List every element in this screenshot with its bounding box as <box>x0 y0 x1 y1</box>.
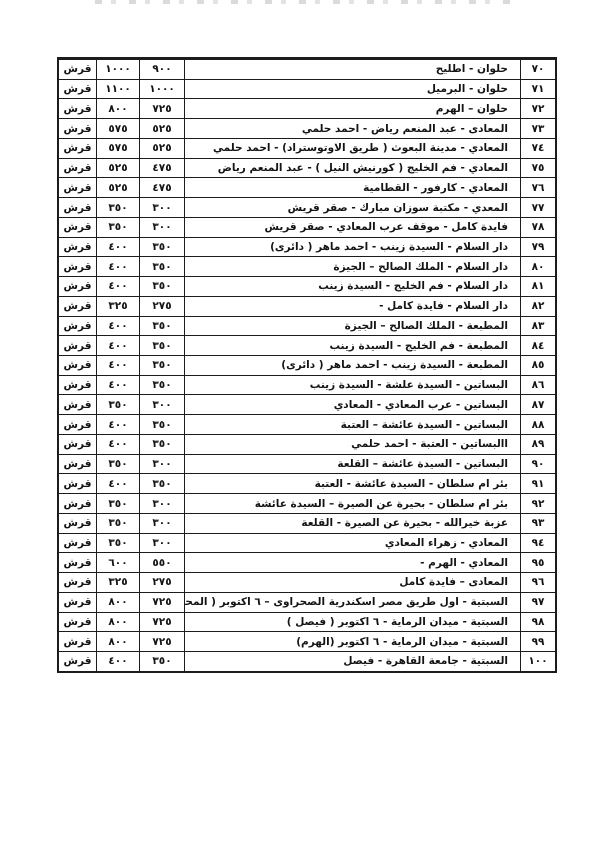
cut-off-text-remnant <box>95 0 510 4</box>
table-row: ٨٠ دار السلام - الملك الصالح – الجيزة ٣٥… <box>59 256 555 276</box>
table-row: ٨١ دار السلام - فم الخليج - السيدة زينب … <box>59 276 555 296</box>
route-description: المعادي - كارفور - القطامية <box>184 178 520 197</box>
fare-value-1: ٢٧٥ <box>139 297 184 316</box>
route-description: البساتين - السيدة علشة - السيدة زينب <box>184 376 520 395</box>
route-description: المعادى - عبد المنعم رياض - احمد حلمي <box>184 119 520 138</box>
fare-value-1: ٣٠٠ <box>139 218 184 237</box>
table-row: ٧٥ المعادي - فم الخليج ( كورنيش النيل ) … <box>59 158 555 178</box>
fare-value-1: ٥٥٠ <box>139 553 184 572</box>
fare-unit-label: قرش <box>59 99 96 118</box>
fare-value-1: ٤٧٥ <box>139 159 184 178</box>
fare-unit-label: قرش <box>59 613 96 632</box>
fare-value-2: ٤٠٠ <box>96 277 139 296</box>
fare-value-1: ٧٢٥ <box>139 632 184 651</box>
fare-value-1: ٣٥٠ <box>139 435 184 454</box>
route-number: ٧٠ <box>520 60 555 79</box>
route-description: عزبة خيرالله - بحيرة عن الصيرة - القلعة <box>184 514 520 533</box>
fare-unit-label: قرش <box>59 534 96 553</box>
table-row: ٩٨ السبتية - ميدان الرماية - ٦ اكتوبر ( … <box>59 612 555 632</box>
fare-value-2: ٤٠٠ <box>96 376 139 395</box>
route-number: ٧٦ <box>520 178 555 197</box>
route-number: ٧٧ <box>520 198 555 217</box>
table-row: ٨٧ البساتين - عرب المعادي - المعادي ٣٠٠ … <box>59 394 555 414</box>
route-description: المطبعة - الملك الصالح – الجيزة <box>184 317 520 336</box>
fare-value-2: ٣٥٠ <box>96 534 139 553</box>
fare-unit-label: قرش <box>59 573 96 592</box>
fare-unit-label: قرش <box>59 376 96 395</box>
fare-value-2: ٣٥٠ <box>96 198 139 217</box>
fare-value-2: ٨٠٠ <box>96 632 139 651</box>
fare-value-1: ٣٥٠ <box>139 277 184 296</box>
route-number: ٩١ <box>520 474 555 493</box>
route-description: السبتية - ميدان الرماية - ٦ اكتوبر ( فيص… <box>184 613 520 632</box>
fare-value-2: ٤٠٠ <box>96 336 139 355</box>
fare-value-2: ٥٢٥ <box>96 178 139 197</box>
fare-value-1: ٣٥٠ <box>139 238 184 257</box>
route-description: المطبعة - السيدة زينب - احمد ماهر ( دائر… <box>184 356 520 375</box>
fare-value-2: ٦٠٠ <box>96 553 139 572</box>
fare-value-2: ٤٠٠ <box>96 435 139 454</box>
fare-unit-label: قرش <box>59 159 96 178</box>
fare-value-1: ٣٥٠ <box>139 474 184 493</box>
fare-value-2: ٤٠٠ <box>96 317 139 336</box>
route-description: البساتين - السيدة عائشة – العتبة <box>184 415 520 434</box>
table-row: ٩٤ المعادي - زهراء المعادي ٣٠٠ ٣٥٠ قرش <box>59 533 555 553</box>
route-description: المعدي - مكتبة سوزان مبارك - صقر قريش <box>184 198 520 217</box>
fare-unit-label: قرش <box>59 60 96 79</box>
fare-unit-label: قرش <box>59 139 96 158</box>
fare-value-2: ٤٠٠ <box>96 257 139 276</box>
route-description: االبساتين - العتبة - احمد حلمي <box>184 435 520 454</box>
table-row: ١٠٠ السبتية - جامعة القاهرة - فيصل ٣٥٠ ٤… <box>59 651 555 671</box>
fare-value-2: ٣٢٥ <box>96 573 139 592</box>
table-row: ٩١ بئر ام سلطان - السيدة عائشة - العتبة … <box>59 473 555 493</box>
route-number: ٧٩ <box>520 238 555 257</box>
table-row: ٩٥ المعادي - الهرم - ٥٥٠ ٦٠٠ قرش <box>59 552 555 572</box>
fare-unit-label: قرش <box>59 356 96 375</box>
table-row: ٩٢ بئر ام سلطان - بحيرة عن الصيرة – السي… <box>59 493 555 513</box>
fare-value-1: ١٠٠٠ <box>139 80 184 99</box>
fare-unit-label: قرش <box>59 514 96 533</box>
route-number: ٩٣ <box>520 514 555 533</box>
table-row: ٧٤ المعادي - مدينة البعوث ( طريق الاوتوس… <box>59 138 555 158</box>
route-number: ٧١ <box>520 80 555 99</box>
fare-value-2: ٣٢٥ <box>96 297 139 316</box>
route-number: ٩٨ <box>520 613 555 632</box>
fare-value-1: ٣٥٠ <box>139 356 184 375</box>
fare-value-2: ٨٠٠ <box>96 593 139 612</box>
fare-unit-label: قرش <box>59 257 96 276</box>
table-row: ٩٧ السبتية - اول طريق مصر اسكندرية الصحر… <box>59 592 555 612</box>
table-row: ٨٤ المطبعة - فم الخليج - السيدة زينب ٣٥٠… <box>59 335 555 355</box>
fare-value-1: ٣٥٠ <box>139 336 184 355</box>
route-description: بئر ام سلطان - السيدة عائشة - العتبة <box>184 474 520 493</box>
fare-value-1: ٢٧٥ <box>139 573 184 592</box>
fare-value-2: ٤٠٠ <box>96 238 139 257</box>
fare-value-1: ٣٠٠ <box>139 494 184 513</box>
fare-value-1: ٩٠٠ <box>139 60 184 79</box>
route-description: دار السلام - الملك الصالح – الجيزة <box>184 257 520 276</box>
route-description: السبتية - اول طريق مصر اسكندرية الصحراوى… <box>184 593 520 612</box>
fare-value-1: ٥٢٥ <box>139 139 184 158</box>
fare-unit-label: قرش <box>59 474 96 493</box>
route-number: ٧٥ <box>520 159 555 178</box>
route-description: دار السلام - فايدة كامل - <box>184 297 520 316</box>
fare-value-2: ٥٧٥ <box>96 139 139 158</box>
route-description: المعادى – فايدة كامل <box>184 573 520 592</box>
fare-unit-label: قرش <box>59 336 96 355</box>
table-row: ٨٦ البساتين - السيدة علشة - السيدة زينب … <box>59 375 555 395</box>
route-number: ٨٤ <box>520 336 555 355</box>
fare-unit-label: قرش <box>59 455 96 474</box>
fare-table: ٧٠ حلوان - اطليح ٩٠٠ ١٠٠٠ قرش ٧١ حلوان -… <box>57 57 557 673</box>
fare-value-1: ٣٥٠ <box>139 317 184 336</box>
table-row: ٧٠ حلوان - اطليح ٩٠٠ ١٠٠٠ قرش <box>59 59 555 79</box>
fare-value-1: ٣٠٠ <box>139 455 184 474</box>
table-row: ٩٠ البساتين - السيدة عائشة – القلعة ٣٠٠ … <box>59 454 555 474</box>
fare-value-2: ٤٠٠ <box>96 652 139 671</box>
fare-unit-label: قرش <box>59 178 96 197</box>
route-number: ٨٠ <box>520 257 555 276</box>
fare-unit-label: قرش <box>59 317 96 336</box>
fare-value-2: ٣٥٠ <box>96 455 139 474</box>
route-description: المعادي - فم الخليج ( كورنيش النيل ) - ع… <box>184 159 520 178</box>
fare-value-1: ٣٥٠ <box>139 257 184 276</box>
route-number: ٨٦ <box>520 376 555 395</box>
route-number: ٨١ <box>520 277 555 296</box>
fare-unit-label: قرش <box>59 277 96 296</box>
route-description: المطبعة - فم الخليج - السيدة زينب <box>184 336 520 355</box>
route-number: ٩٩ <box>520 632 555 651</box>
fare-unit-label: قرش <box>59 652 96 671</box>
route-number: ٧٣ <box>520 119 555 138</box>
route-description: دار السلام - السيدة زينب - احمد ماهر ( د… <box>184 238 520 257</box>
fare-value-1: ٣٥٠ <box>139 652 184 671</box>
fare-value-1: ٣٠٠ <box>139 514 184 533</box>
fare-unit-label: قرش <box>59 435 96 454</box>
route-description: دار السلام - فم الخليج - السيدة زينب <box>184 277 520 296</box>
route-description: بئر ام سلطان - بحيرة عن الصيرة – السيدة … <box>184 494 520 513</box>
fare-value-1: ٣٠٠ <box>139 198 184 217</box>
route-number: ١٠٠ <box>520 652 555 671</box>
fare-value-1: ٤٧٥ <box>139 178 184 197</box>
route-number: ٩٢ <box>520 494 555 513</box>
fare-value-1: ٧٢٥ <box>139 593 184 612</box>
fare-unit-label: قرش <box>59 238 96 257</box>
route-number: ٩٧ <box>520 593 555 612</box>
table-row: ٩٣ عزبة خيرالله - بحيرة عن الصيرة - القل… <box>59 513 555 533</box>
table-row: ٧٧ المعدي - مكتبة سوزان مبارك - صقر قريش… <box>59 197 555 217</box>
route-number: ٩٥ <box>520 553 555 572</box>
fare-value-2: ٤٠٠ <box>96 474 139 493</box>
fare-value-1: ٧٢٥ <box>139 613 184 632</box>
route-number: ٨٥ <box>520 356 555 375</box>
table-row: ٨٨ البساتين - السيدة عائشة – العتبة ٣٥٠ … <box>59 414 555 434</box>
fare-value-2: ٥٧٥ <box>96 119 139 138</box>
route-number: ٨٧ <box>520 395 555 414</box>
route-number: ٨٩ <box>520 435 555 454</box>
route-description: السبتية - ميدان الرماية - ٦ اكتوبر (الهر… <box>184 632 520 651</box>
fare-unit-label: قرش <box>59 415 96 434</box>
route-number: ٨٣ <box>520 317 555 336</box>
fare-value-2: ٤٠٠ <box>96 356 139 375</box>
table-row: ٧٩ دار السلام - السيدة زينب - احمد ماهر … <box>59 237 555 257</box>
fare-unit-label: قرش <box>59 494 96 513</box>
fare-value-2: ٣٥٠ <box>96 395 139 414</box>
table-row: ٧٦ المعادي - كارفور - القطامية ٤٧٥ ٥٢٥ ق… <box>59 177 555 197</box>
fare-value-1: ٣٥٠ <box>139 415 184 434</box>
table-row: ٩٦ المعادى – فايدة كامل ٢٧٥ ٣٢٥ قرش <box>59 572 555 592</box>
route-description: حلوان - اطليح <box>184 60 520 79</box>
fare-value-2: ٨٠٠ <box>96 613 139 632</box>
route-number: ٩٦ <box>520 573 555 592</box>
route-description: البساتين - السيدة عائشة – القلعة <box>184 455 520 474</box>
table-row: ٨٣ المطبعة - الملك الصالح – الجيزة ٣٥٠ ٤… <box>59 316 555 336</box>
fare-value-1: ٥٢٥ <box>139 119 184 138</box>
route-description: حلوان – الهرم <box>184 99 520 118</box>
fare-unit-label: قرش <box>59 593 96 612</box>
route-number: ٧٢ <box>520 99 555 118</box>
table-row: ٩٩ السبتية - ميدان الرماية - ٦ اكتوبر (ا… <box>59 631 555 651</box>
fare-value-2: ٥٢٥ <box>96 159 139 178</box>
fare-value-1: ٣٥٠ <box>139 376 184 395</box>
route-number: ٨٨ <box>520 415 555 434</box>
route-description: فايدة كامل - موقف عرب المعادي - صقر قريش <box>184 218 520 237</box>
fare-value-2: ٣٥٠ <box>96 494 139 513</box>
route-number: ٩٤ <box>520 534 555 553</box>
fare-value-2: ١٠٠٠ <box>96 60 139 79</box>
fare-unit-label: قرش <box>59 80 96 99</box>
fare-value-2: ٤٠٠ <box>96 415 139 434</box>
fare-unit-label: قرش <box>59 632 96 651</box>
route-description: المعادي - زهراء المعادي <box>184 534 520 553</box>
table-row: ٨٩ االبساتين - العتبة - احمد حلمي ٣٥٠ ٤٠… <box>59 434 555 454</box>
route-description: حلوان - البرميل <box>184 80 520 99</box>
route-number: ٩٠ <box>520 455 555 474</box>
table-row: ٧١ حلوان - البرميل ١٠٠٠ ١١٠٠ قرش <box>59 79 555 99</box>
table-row: ٨٥ المطبعة - السيدة زينب - احمد ماهر ( د… <box>59 355 555 375</box>
table-row: ٧٢ حلوان – الهرم ٧٢٥ ٨٠٠ قرش <box>59 98 555 118</box>
table-row: ٧٨ فايدة كامل - موقف عرب المعادي - صقر ق… <box>59 217 555 237</box>
fare-value-1: ٣٠٠ <box>139 395 184 414</box>
fare-value-2: ١١٠٠ <box>96 80 139 99</box>
table-row: ٨٢ دار السلام - فايدة كامل - ٢٧٥ ٣٢٥ قرش <box>59 296 555 316</box>
route-description: السبتية - جامعة القاهرة - فيصل <box>184 652 520 671</box>
fare-unit-label: قرش <box>59 297 96 316</box>
route-description: المعادي - مدينة البعوث ( طريق الاوتوسترا… <box>184 139 520 158</box>
route-number: ٧٤ <box>520 139 555 158</box>
fare-unit-label: قرش <box>59 119 96 138</box>
fare-value-2: ٨٠٠ <box>96 99 139 118</box>
fare-unit-label: قرش <box>59 395 96 414</box>
route-description: المعادي - الهرم - <box>184 553 520 572</box>
route-number: ٨٢ <box>520 297 555 316</box>
route-description: البساتين - عرب المعادي - المعادي <box>184 395 520 414</box>
fare-value-2: ٣٥٠ <box>96 218 139 237</box>
fare-value-1: ٧٢٥ <box>139 99 184 118</box>
route-number: ٧٨ <box>520 218 555 237</box>
fare-value-1: ٣٠٠ <box>139 534 184 553</box>
table-row: ٧٣ المعادى - عبد المنعم رياض - احمد حلمي… <box>59 118 555 138</box>
fare-unit-label: قرش <box>59 198 96 217</box>
fare-unit-label: قرش <box>59 218 96 237</box>
fare-value-2: ٣٥٠ <box>96 514 139 533</box>
fare-unit-label: قرش <box>59 553 96 572</box>
